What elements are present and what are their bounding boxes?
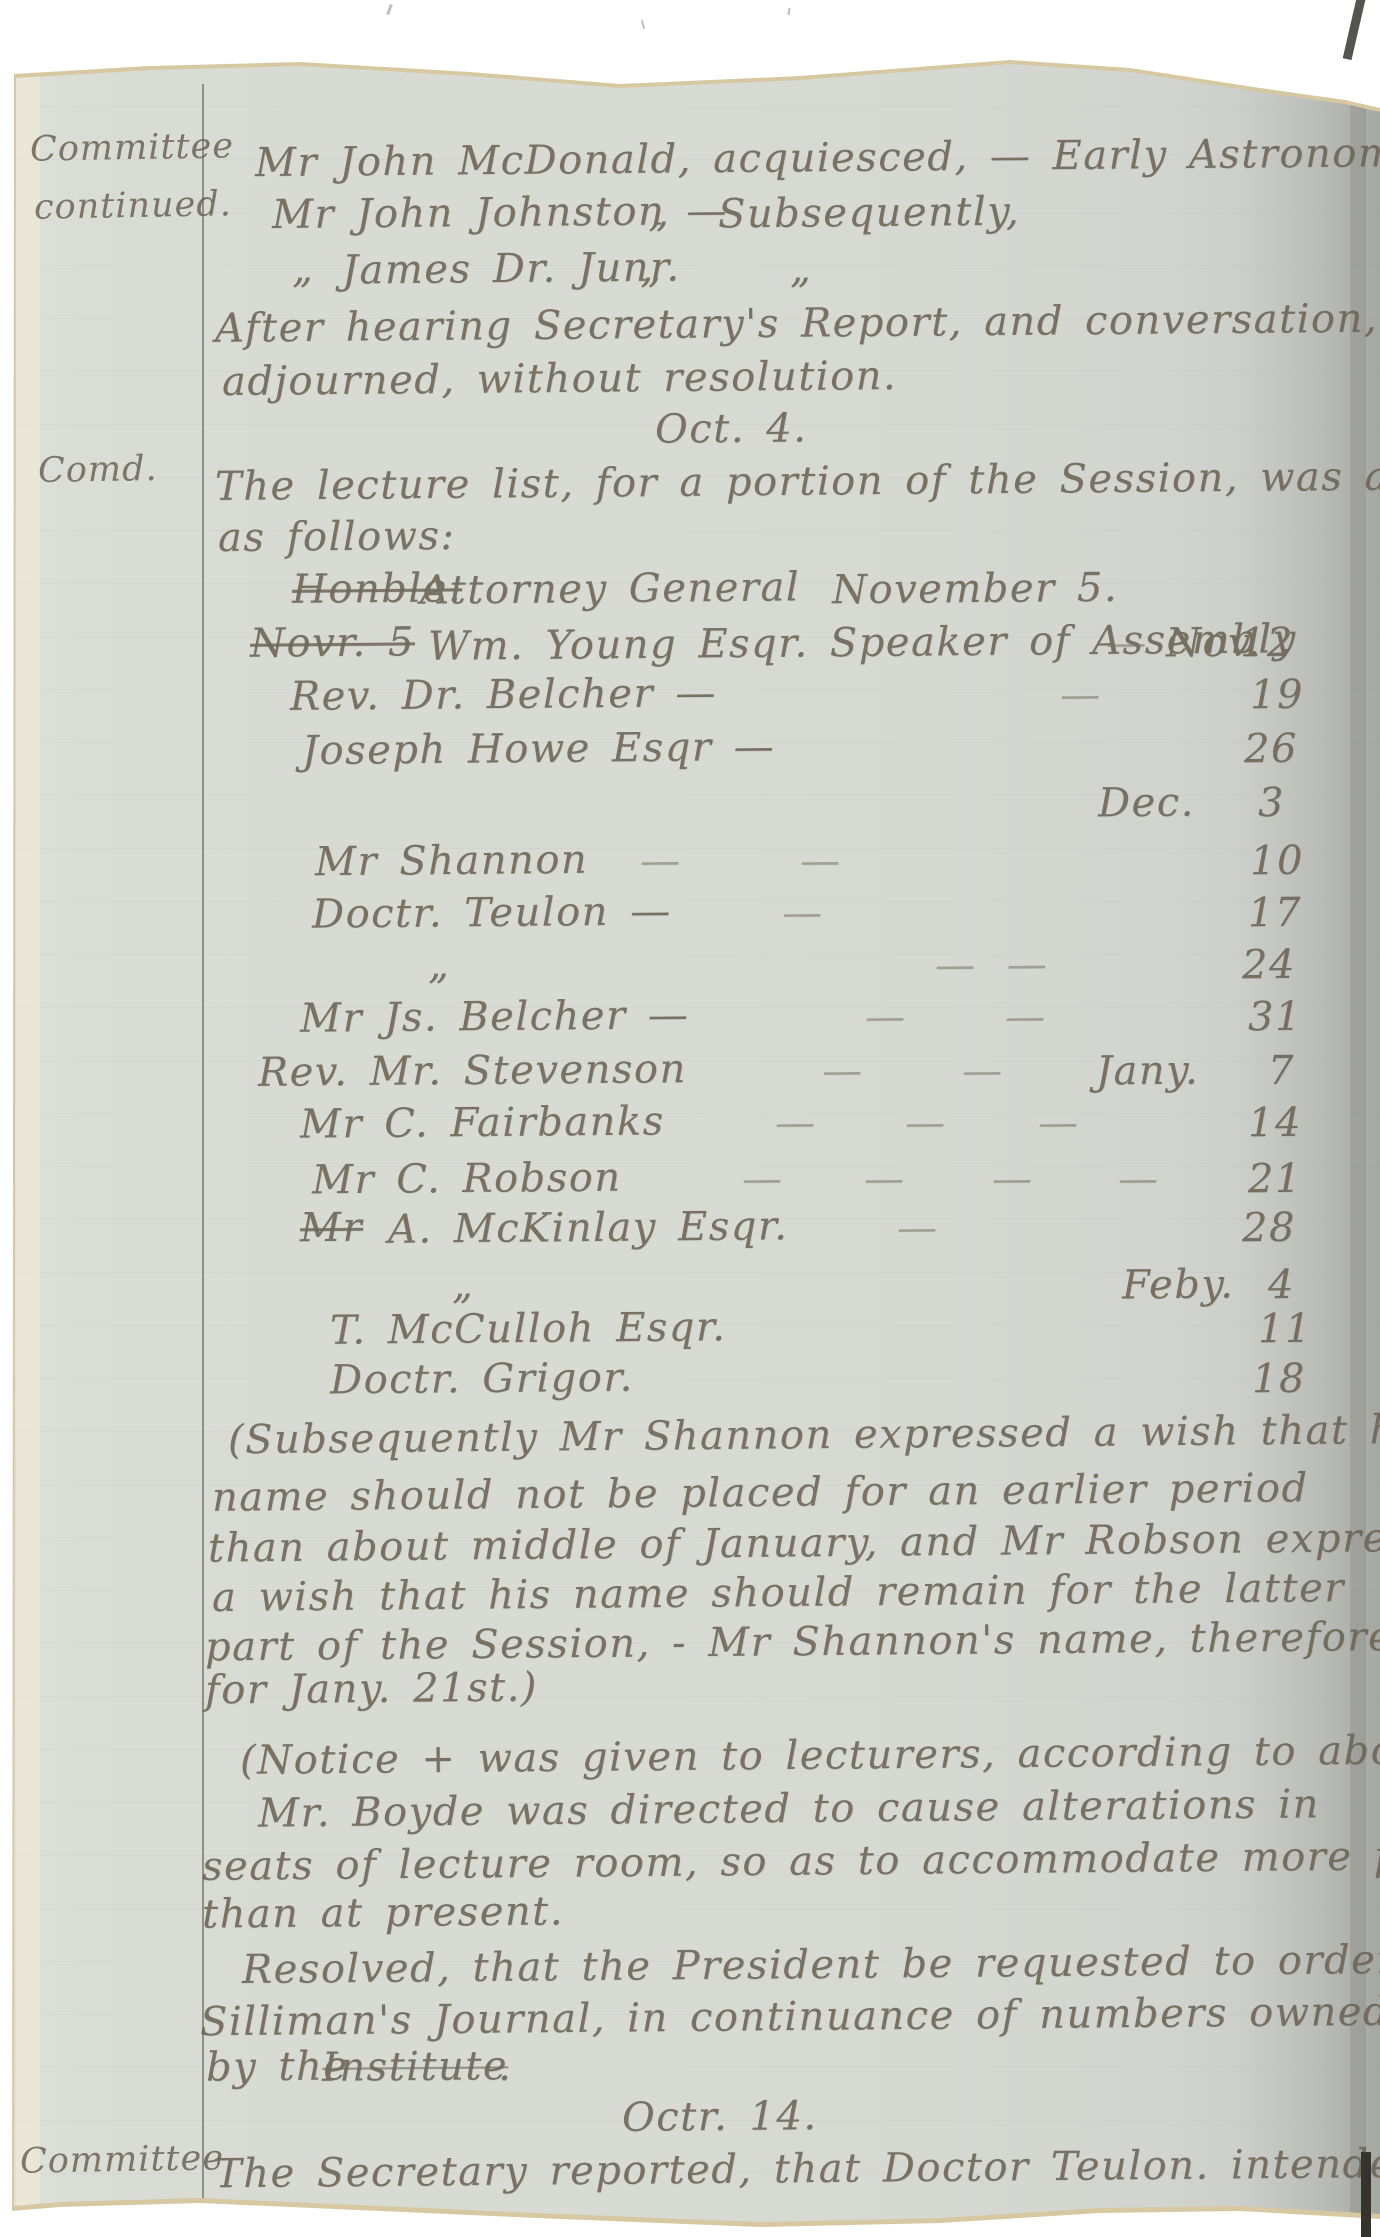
handwritten-line: Joseph Howe Esqr —26 <box>0 726 1380 784</box>
handwritten-line: The Secretary reported, that Doctor Teul… <box>0 2146 1380 2204</box>
handwritten-text: 12 <box>1240 620 1294 666</box>
handwritten-text: „ <box>790 246 813 292</box>
handwritten-text: Mr John McDonald, acquiesced, — Early As… <box>255 130 1380 186</box>
handwritten-dash: — <box>962 1048 1008 1094</box>
handwritten-line: Mr C. Fairbanks———14 <box>0 1100 1380 1158</box>
handwritten-text: 7 <box>1268 1048 1295 1094</box>
handwritten-text: Novr. 5 <box>250 619 415 666</box>
handwritten-text: Octr. 14. <box>622 2093 818 2141</box>
handwritten-text: as follows: <box>218 513 456 561</box>
handwritten-dash: — <box>822 1048 868 1094</box>
handwritten-text: 18 <box>1252 1356 1306 1402</box>
handwritten-dash: — <box>897 1205 943 1251</box>
handwritten-text: a wish that his name should remain for t… <box>212 1565 1345 1621</box>
handwritten-text: for Jany. 21st.) <box>205 1665 538 1714</box>
handwritten-text: (Subsequently Mr Shannon expressed a wis… <box>228 1407 1380 1464</box>
handwritten-dash: — <box>782 890 828 936</box>
handwritten-text: The Secretary reported, that Doctor Teul… <box>215 2141 1380 2198</box>
scanned-manuscript-page: { "manuscript": { "year": "1845", "ink_c… <box>0 0 1380 2237</box>
handwritten-text: Doctr. Teulon — <box>312 888 672 937</box>
handwritten-dash: — <box>742 1156 788 1202</box>
handwritten-dash: — — <box>935 941 1053 988</box>
handwritten-text: Doctr. Grigor. <box>330 1355 634 1404</box>
handwritten-text: „ <box>640 246 663 292</box>
handwritten-text: Rev. Mr. Stevenson <box>258 1046 687 1096</box>
handwritten-dash: — <box>864 1156 910 1202</box>
handwritten-text: seats of lecture room, so as to accommod… <box>202 1832 1380 1890</box>
handwritten-text: 11 <box>1258 1306 1312 1352</box>
handwritten-text: 19 <box>1250 672 1304 718</box>
handwritten-text: 10 <box>1250 838 1304 884</box>
handwritten-line: MrA. McKinlay Esqr.—28 <box>0 1205 1380 1263</box>
binding-mark-bottom <box>1361 2152 1371 2237</box>
handwritten-text: 17 <box>1248 890 1302 936</box>
handwritten-text: The lecture list, for a portion of the S… <box>215 452 1380 510</box>
handwritten-text: November 5. <box>832 565 1118 613</box>
handwritten-dash: — <box>640 838 686 884</box>
handwritten-text: adjourned, without resolution. <box>222 353 898 405</box>
handwritten-text: 26 <box>1244 726 1298 772</box>
handwritten-line: Doctr. Grigor.18 <box>0 1356 1380 1414</box>
handwritten-text: Mr <box>300 1205 363 1252</box>
handwritten-text: Institute <box>322 2043 508 2091</box>
handwritten-text: Resolved, that the President be requeste… <box>242 1937 1380 1993</box>
handwritten-dash: — <box>775 1100 821 1146</box>
handwritten-text: 24 <box>1242 942 1296 988</box>
handwritten-line: Mr John McDonald, acquiesced, — Early As… <box>0 135 1380 193</box>
handwritten-text: 14 <box>1248 1100 1302 1146</box>
handwritten-text: Rev. Dr. Belcher — <box>290 670 717 720</box>
handwritten-text: „ <box>452 1262 475 1308</box>
handwritten-dash: — <box>992 1156 1038 1202</box>
handwritten-text: Mr C. Robson <box>312 1155 622 1204</box>
handwritten-dash: — <box>1118 1156 1164 1202</box>
handwritten-dash: — <box>800 838 846 884</box>
handwritten-dash: — <box>1060 672 1106 718</box>
handwritten-line: Mr Shannon——10 <box>0 838 1380 896</box>
handwritten-text: „ <box>648 190 671 236</box>
handwritten-line: Honble.Attorney GeneralNovember 5. <box>0 566 1380 624</box>
handwritten-line: as follows: <box>0 514 1380 572</box>
handwritten-line: (Subsequently Mr Shannon expressed a wis… <box>0 1412 1380 1470</box>
handwritten-text: part of the Session, - Mr Shannon's name… <box>205 1612 1380 1671</box>
handwritten-dash: — <box>1106 620 1152 666</box>
handwritten-line: for Jany. 21st.) <box>0 1666 1380 1724</box>
handwritten-line: Dec.3 <box>0 780 1380 838</box>
handwritten-line: „James Dr. Junr.„„ <box>0 246 1380 304</box>
handwritten-text: Mr Shannon <box>315 837 589 885</box>
handwritten-text: James Dr. Junr. <box>342 245 681 294</box>
handwritten-dash: — <box>1005 994 1051 1040</box>
handwritten-text: . <box>498 2044 513 2090</box>
handwritten-text: Joseph Howe Esqr — <box>302 724 776 774</box>
handwritten-text: T. McCulloh Esqr. <box>330 1304 727 1353</box>
handwritten-line: „— —24 <box>0 942 1380 1000</box>
handwritten-text: Mr. Boyde was directed to cause alterati… <box>258 1781 1320 1836</box>
handwritten-text: A. McKinlay Esqr. <box>388 1203 789 1252</box>
handwritten-line: Novr. 5Wm. Young Esqr. Speaker of Assemb… <box>0 620 1380 678</box>
handwritten-line: Mr Js. Belcher ———31 <box>0 994 1380 1052</box>
handwritten-text: 21 <box>1248 1156 1302 1202</box>
handwritten-text: 31 <box>1248 994 1302 1040</box>
handwritten-text: 4 <box>1268 1262 1295 1308</box>
handwritten-text: Jany. <box>1096 1048 1200 1095</box>
handwritten-text: „ <box>292 246 315 292</box>
handwritten-text: „ <box>428 942 451 988</box>
page-speckle <box>788 8 791 15</box>
handwritten-line: After hearing Secretary's Report, and co… <box>0 300 1380 358</box>
handwritten-text: Mr C. Fairbanks <box>300 1098 665 1147</box>
handwritten-text: (Notice + was given to lecturers, accord… <box>240 1726 1380 1784</box>
handwritten-text: Feby. <box>1122 1262 1235 1309</box>
handwritten-text: After hearing Secretary's Report, and co… <box>215 294 1380 352</box>
page-speckle <box>641 20 645 29</box>
paper-sheet: 1845 Committeecontinued.Comd.Committee M… <box>0 0 1380 2237</box>
handwritten-line: Rev. Dr. Belcher ——19 <box>0 672 1380 730</box>
handwritten-text: Dec. <box>1098 780 1195 827</box>
handwritten-text: name should not be placed for an earlier… <box>212 1465 1309 1521</box>
handwritten-text: 28 <box>1242 1205 1296 1251</box>
handwritten-line: (Notice + was given to lecturers, accord… <box>0 1732 1380 1790</box>
handwritten-dash: — <box>1038 1100 1084 1146</box>
handwritten-line: Rev. Mr. Stevenson——Jany.7 <box>0 1048 1380 1106</box>
handwritten-line: Mr John Johnston —„Subsequently, <box>0 190 1380 248</box>
handwritten-dash: — <box>865 994 911 1040</box>
handwritten-text: than at present. <box>202 1888 564 1937</box>
binding-mark-top <box>1343 0 1367 60</box>
handwritten-dash: — <box>905 1100 951 1146</box>
handwritten-text: than about middle of January, and Mr Rob… <box>208 1514 1380 1571</box>
handwritten-text: Subsequently, <box>718 189 1021 238</box>
handwritten-text: Attorney General <box>420 564 800 613</box>
handwritten-text: Silliman's Journal, in continuance of nu… <box>200 1989 1380 2045</box>
handwritten-line: seats of lecture room, so as to accommod… <box>0 1838 1380 1896</box>
handwritten-line: Doctr. Teulon ——17 <box>0 890 1380 948</box>
page-speckle <box>386 4 393 15</box>
handwritten-text: 3 <box>1258 780 1285 826</box>
handwritten-text: Oct. 4. <box>655 405 808 452</box>
handwritten-line: The lecture list, for a portion of the S… <box>0 458 1380 516</box>
handwritten-text: Mr Js. Belcher — <box>300 992 690 1041</box>
